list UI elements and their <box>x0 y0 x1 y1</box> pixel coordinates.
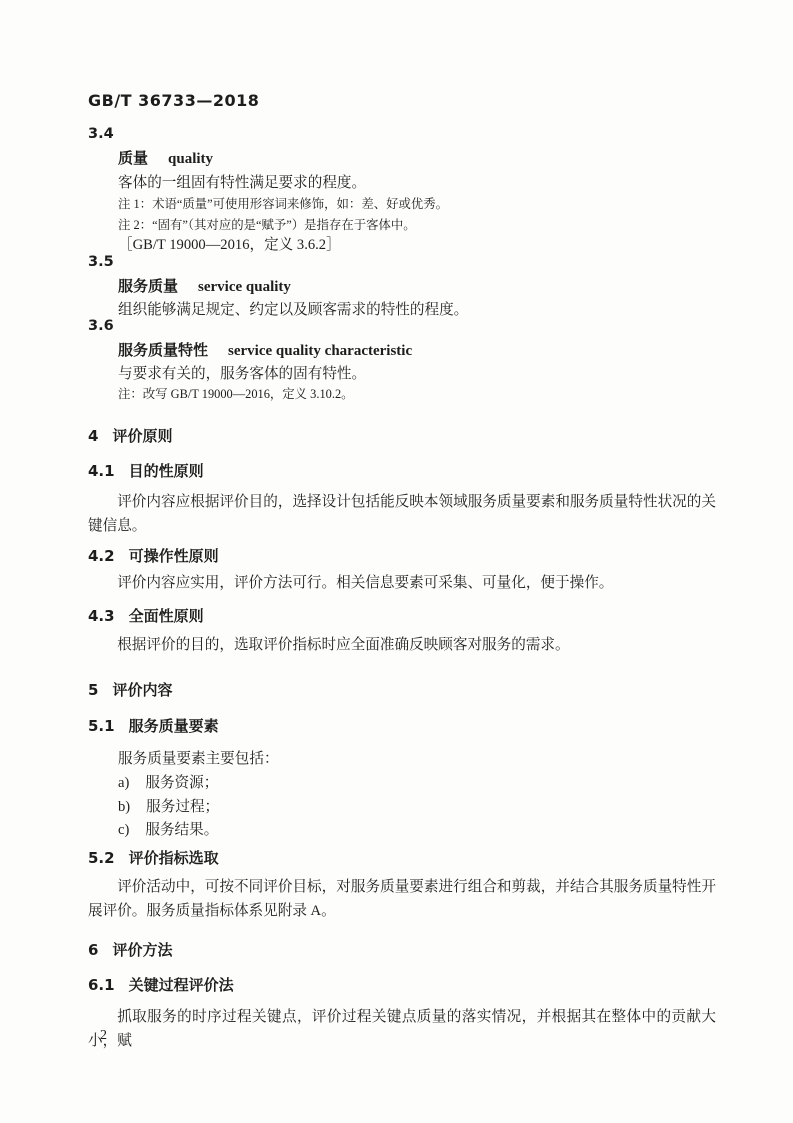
list-item-text: 服务资源； <box>145 775 218 791</box>
subclause-heading-5-2: 5.2评价指标选取 <box>88 847 716 868</box>
list-item-text: 服务结果。 <box>145 822 218 838</box>
term-note-2: 注 2：“固有”（其对应的是“赋予”）是指存在于客体中。 <box>88 215 746 233</box>
page-number: 2 <box>100 1028 140 1044</box>
term-source-reference: ［GB/T 19000—2016，定义 3.6.2］ <box>88 233 746 254</box>
body-paragraph: 根据评价的目的，选取评价指标时应全面准确反映顾客对服务的需求。 <box>88 634 716 658</box>
subclause-heading-5-1: 5.1服务质量要素 <box>88 715 716 736</box>
subclause-heading-6-1: 6.1关键过程评价法 <box>88 974 716 995</box>
list-item-label: a) <box>118 775 129 792</box>
term-zh: 服务质量 <box>118 277 178 295</box>
list-lead-in: 服务质量要素主要包括： <box>88 747 746 768</box>
subclause-title: 全面性原则 <box>129 607 204 625</box>
subclause-number: 4.2 <box>88 547 115 565</box>
subclause-heading-4-1: 4.1目的性原则 <box>88 460 716 481</box>
list-item-label: c) <box>118 822 129 839</box>
term-number-3-4: 3.4 <box>88 126 716 142</box>
clause-number: 4 <box>88 427 98 445</box>
subclause-title: 评价指标选取 <box>129 849 219 867</box>
term-definition: 与要求有关的，服务客体的固有特性。 <box>88 362 746 383</box>
list-item-label: b) <box>118 799 130 816</box>
term-en: quality <box>168 151 213 167</box>
list-item-text: 服务过程； <box>146 799 219 815</box>
clause-title: 评价原则 <box>112 427 172 445</box>
document-number-header: GB/T 36733—2018 <box>88 91 716 110</box>
term-note-1: 注 1：术语“质量”可使用形容词来修饰，如：差、好或优秀。 <box>88 194 746 212</box>
subclause-heading-4-3: 4.3全面性原则 <box>88 605 716 626</box>
subclause-title: 目的性原则 <box>129 462 204 480</box>
term-definition: 客体的一组固有特性满足要求的程度。 <box>88 171 746 192</box>
clause-number: 6 <box>88 941 98 959</box>
subclause-number: 5.2 <box>88 849 115 867</box>
subclause-number: 4.3 <box>88 607 115 625</box>
subclause-title: 关键过程评价法 <box>129 976 234 994</box>
standard-document-page: GB/T 36733—2018 3.4 质量quality 客体的一组固有特性满… <box>0 0 793 1123</box>
body-paragraph: 评价内容应根据评价目的，选择设计包括能反映本领域服务质量要素和服务质量特性状况的… <box>88 491 716 538</box>
list-item-c: c)服务结果。 <box>88 818 746 839</box>
term-zh: 质量 <box>118 149 148 167</box>
term-number-3-5: 3.5 <box>88 254 716 270</box>
term-entry: 服务质量service quality <box>88 275 746 296</box>
subclause-number: 6.1 <box>88 976 115 994</box>
subclause-number: 4.1 <box>88 462 115 480</box>
clause-heading-6: 6评价方法 <box>88 939 716 960</box>
subclause-title: 服务质量要素 <box>129 717 219 735</box>
term-note: 注：改写 GB/T 19000—2016，定义 3.10.2。 <box>88 384 746 402</box>
clause-number: 5 <box>88 681 98 699</box>
term-en: service quality <box>198 279 291 295</box>
clause-heading-4: 4评价原则 <box>88 425 716 446</box>
term-en: service quality characteristic <box>228 343 412 359</box>
clause-title: 评价内容 <box>112 681 172 699</box>
subclause-heading-4-2: 4.2可操作性原则 <box>88 545 716 566</box>
clause-heading-5: 5评价内容 <box>88 679 716 700</box>
term-zh: 服务质量特性 <box>118 341 208 359</box>
body-paragraph: 评价内容应实用，评价方法可行。相关信息要素可采集、可量化，便于操作。 <box>88 572 716 596</box>
subclause-number: 5.1 <box>88 717 115 735</box>
term-definition: 组织能够满足规定、约定以及顾客需求的特性的程度。 <box>88 298 746 319</box>
body-paragraph: 抓取服务的时序过程关键点，评价过程关键点质量的落实情况，并根据其在整体中的贡献大… <box>88 1006 716 1053</box>
list-item-b: b)服务过程； <box>88 795 746 816</box>
clause-title: 评价方法 <box>112 941 172 959</box>
subclause-title: 可操作性原则 <box>129 547 219 565</box>
list-item-a: a)服务资源； <box>88 771 746 792</box>
body-paragraph: 评价活动中，可按不同评价目标，对服务质量要素进行组合和剪裁，并结合其服务质量特性… <box>88 876 716 923</box>
term-entry: 质量quality <box>88 147 746 168</box>
term-number-3-6: 3.6 <box>88 318 716 334</box>
term-entry: 服务质量特性service quality characteristic <box>88 339 746 360</box>
